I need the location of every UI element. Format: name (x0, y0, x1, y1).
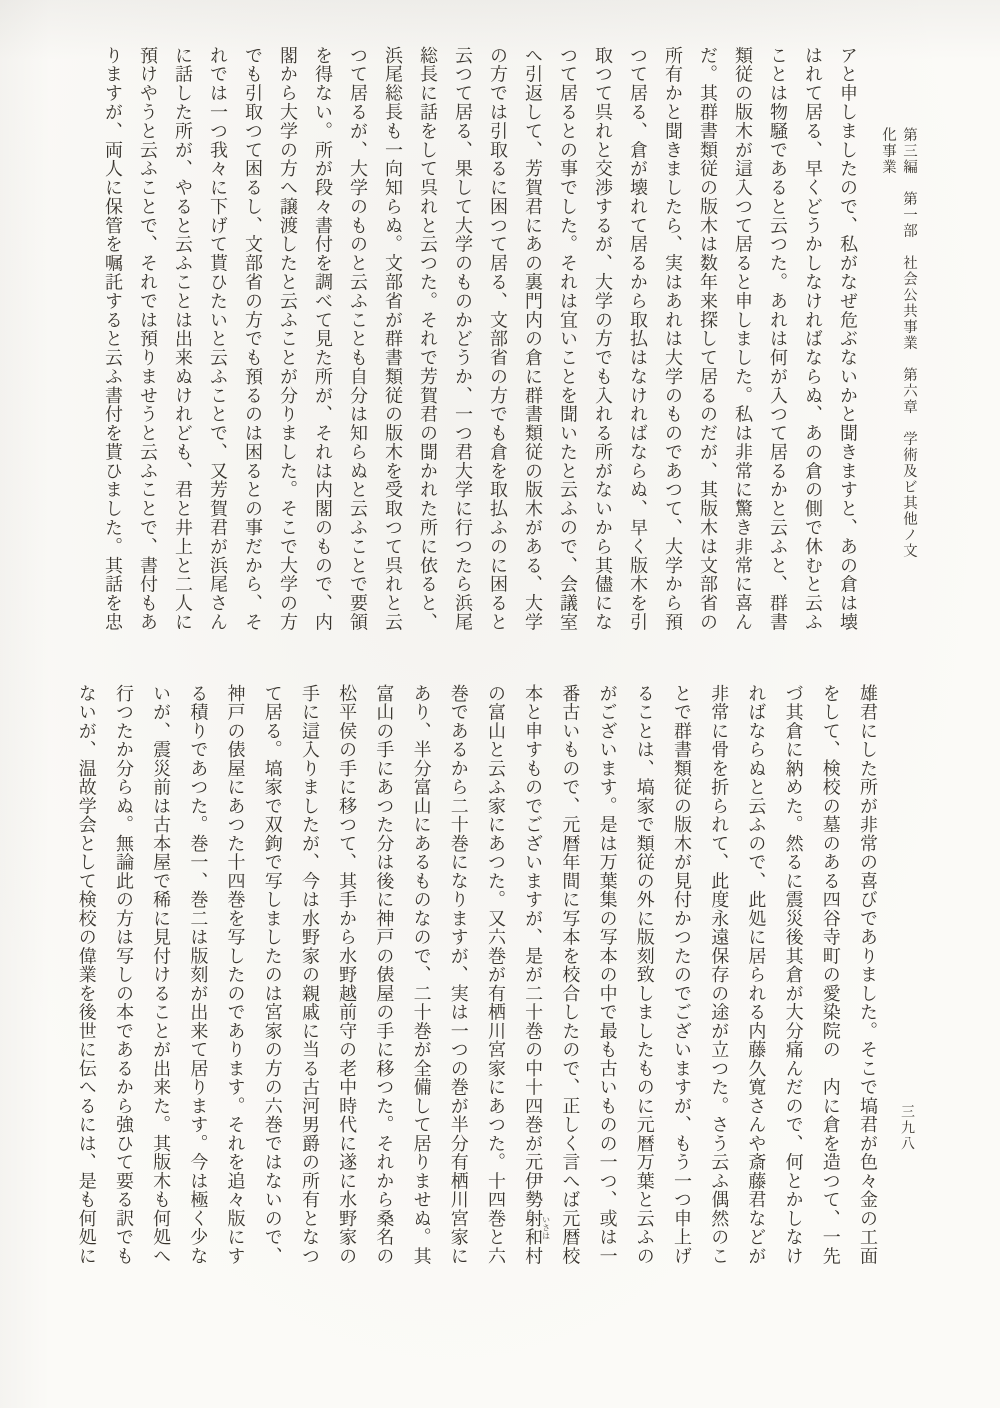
text-column: 神戸の俵屋にあつた十四巻を写したのであります。それを追々版にす (216, 684, 253, 1265)
text-column: て居る。塙家で双鉤で写しましたのは宮家の方の六巻ではないので、 (254, 684, 291, 1265)
text-column: とで群書類従の版木が見付かつたのでございますが、もう一つ申上げ (663, 684, 700, 1265)
text-column: つて居るとの事でした。それは宜いことを聞いたと云ふので、会議室 (550, 46, 585, 631)
text-column: 預けやうと云ふことで、それでは預りませうと云ふことで、書付もあ (130, 46, 165, 631)
running-head: 第三編 第一部 社会公共事業 第六章 学術及ビ其他ノ文化事業 (878, 127, 920, 572)
text-column: はれて居る、早くどうかしなければならぬ、あの倉の側で休むと云ふ (795, 46, 830, 631)
scanned-book-page: 第三編 第一部 社会公共事業 第六章 学術及ビ其他ノ文化事業 アと申しましたので… (0, 0, 1000, 1408)
text-column: の富山と云ふ家にあつた。又六巻が有栖川宮家にあつた。十四巻と六 (477, 684, 514, 1265)
text-column: づ其倉に納めた。然るに震災後其倉が大分痛んだので、何とかしなけ (774, 684, 811, 1265)
text-column: りますが、両人に保管を嘱託すると云ふ書付を貰ひました。其話を忠 (95, 46, 130, 631)
text-column: 浜尾総長も一向知らぬ。文部省が群書類従の版木を受取つて呉れと云 (375, 46, 410, 631)
text-block-bottom: 雄君にした所が非常の喜びでありました。そこで塙君が色々金の工面をして、検校の墓の… (68, 684, 886, 1265)
text-column: 閣から大学の方へ譲渡したと云ふことが分りました。そこで大学の方 (270, 46, 305, 631)
text-column: つて居る、倉が壊れて居るから取払はなければならぬ、早く版木を引 (620, 46, 655, 631)
text-column: 番古いもので、元暦年間に写本を校合したので、正しく言へば元暦校 (551, 684, 588, 1265)
text-column: 雄君にした所が非常の喜びでありました。そこで塙君が色々金の工面 (849, 684, 886, 1265)
text-column: 手に這入りましたが、今は水野家の親戚に当る古河男爵の所有となつ (291, 684, 328, 1265)
text-column: 行つたか分らぬ。無論此の方は写しの本であるから強ひて要る訳でも (105, 684, 142, 1265)
text-column: をして、検校の墓のある四谷寺町の愛染院の 内に倉を造つて、一先 (812, 684, 849, 1265)
text-column: ることは、塙家で類従の外に版刻致しましたものに元暦万葉と云ふの (626, 684, 663, 1265)
page-number: 三九八 (896, 1104, 916, 1174)
text-column: 総長に話をして呉れと云つた。それで芳賀君の聞かれた所に依ると、 (410, 46, 445, 631)
text-column: 非常に骨を折られて、此度永遠保存の途が立つた。さう云ふ偶然のこ (700, 684, 737, 1265)
text-column: つて居るが、大学のものと云ふことも自分は知らぬと云ふことで要領 (340, 46, 375, 631)
text-block-top: アと申しましたので、私がなぜ危ぶないかと聞きますと、あの倉は壊はれて居る、早くど… (95, 46, 865, 631)
text-column: れでは一つ我々に下げて貰ひたいと云ふことで、又芳賀君が浜尾さん (200, 46, 235, 631)
text-column: に話した所が、やると云ふことは出来ぬけれども、君と井上と二人に (165, 46, 200, 631)
text-column: る積りであつた。巻一、巻二は版刻が出来て居ります。今は極く少な (179, 684, 216, 1265)
text-column: 云つて居る、果して大学のものかどうか、一つ君大学に行つたら浜尾 (445, 46, 480, 631)
text-column: アと申しましたので、私がなぜ危ぶないかと聞きますと、あの倉は壊 (830, 46, 865, 631)
text-column: ことは物騒であると云つた。あれは何が入つて居るかと云ふと、群書 (760, 46, 795, 631)
text-column: を得ない。所が段々書付を調べて見た所が、それは内閣のもので、内 (305, 46, 340, 631)
text-column: いが、震災前は古本屋で稀に見付けることが出来た。其版木も何処へ (142, 684, 179, 1265)
text-column: でも引取つて困るし、文部省の方でも預るのは困るとの事だから、そ (235, 46, 270, 631)
text-column: ればならぬと云ふので、此処に居られる内藤久寛さんや斎藤君などが (737, 684, 774, 1265)
text-column: がございます。是は万葉集の写本の中で最も古いものの一つ、或は一 (588, 684, 625, 1265)
text-column: 類従の版木が這入つて居ると申しました。私は非常に驚き非常に喜ん (725, 46, 760, 631)
text-column: だ。其群書類従の版木は数年来探して居るのだが、其版木は文部省の (690, 46, 725, 631)
text-column: あり、半分富山にあるものなので、二十巻が全備して居りませぬ。其 (402, 684, 439, 1265)
text-column: 所有かと聞きましたら、実はあれは大学のものであつて、大学から預 (655, 46, 690, 631)
text-column: 富山の手にあつた分は後に神戸の俵屋の手に移つた。それから桑名の (365, 684, 402, 1265)
text-column: へ引返して、芳賀君にあの裏門内の倉に群書類従の版木がある、大学 (515, 46, 550, 631)
text-column: ないが、温故学会として検校の偉業を後世に伝へるには、是も何処に (68, 684, 105, 1265)
text-column: 松平侯の手に移つて、其手から水野越前守の老中時代に遂に水野家の (328, 684, 365, 1265)
text-column: 取つて呉れと交渉するが、大学の方でも入れる所がないから其儘にな (585, 46, 620, 631)
text-column: 本と申すものでございますが、是が二十巻の中十四巻が元伊勢射和いさは村 (514, 684, 551, 1265)
text-column: 巻であるから二十巻になりますが、実は一つの巻が半分有栖川宮家に (440, 684, 477, 1265)
text-column: の方では引取るに困つて居る、文部省の方でも倉を取払ふのに困ると (480, 46, 515, 631)
